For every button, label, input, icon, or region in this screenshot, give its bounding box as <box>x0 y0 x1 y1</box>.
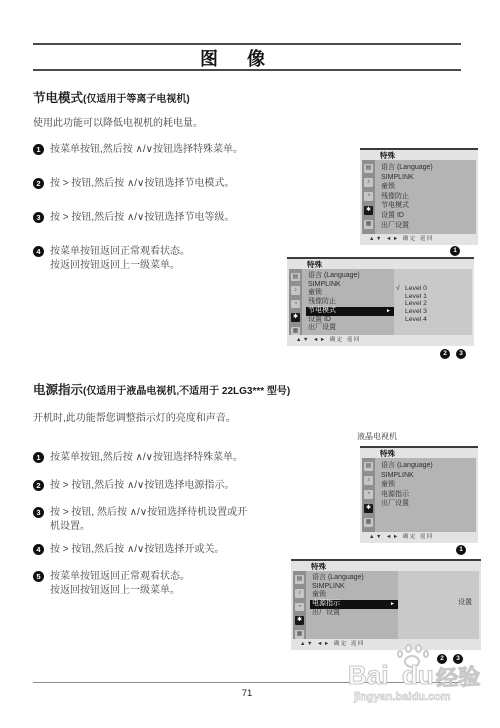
osd-menu-item: 出厂设置 <box>379 499 476 509</box>
instruction-step: 1按菜单按钮,然后按 ∧/∨按钮选择特殊菜单。 <box>33 143 243 157</box>
osd-menu-item: 出厂设置 <box>310 609 398 618</box>
instruction-step: 4按菜单按钮返回正常观看状态。按返回按钮返回上一级菜单。 <box>33 245 190 273</box>
osd-menu-title: 特殊 <box>287 257 474 269</box>
osd-menu-item: 童锁 <box>379 480 476 490</box>
step-badge: 3 <box>456 349 466 359</box>
osd-option: Level 1 <box>394 293 472 301</box>
osd-category-sidebar: ▤♪◔✱▦ <box>362 458 375 532</box>
check-icon: √ <box>396 285 400 293</box>
picture-icon: ▤ <box>364 462 373 471</box>
step-text: 按菜单按钮,然后按 ∧/∨按钮选择特殊菜单。 <box>50 143 243 157</box>
section2-intro: 开机时,此功能帮您调整指示灯的亮度和声音。 <box>33 409 236 424</box>
osd-menu-item: 语言 (Language) <box>379 461 476 471</box>
screen-icon: ▦ <box>291 327 300 335</box>
arrow-right-icon: ► <box>390 600 395 609</box>
osd-menu-title: 特殊 <box>291 559 481 571</box>
device-type-label: 液晶电视机 <box>357 431 397 442</box>
section2-note: (仅适用于液晶电视机,不适用于 22LG3*** 型号) <box>83 386 290 397</box>
option-icon: ✱ <box>295 616 304 625</box>
instruction-step: 4按 > 按钮,然后按 ∧/∨按钮选择开或关。 <box>33 543 224 557</box>
osd-footer-hint: ▲▼ ◄► 确定 返回 <box>360 532 478 543</box>
watermark-du: du <box>402 660 434 691</box>
step-badge: 1 <box>450 246 460 256</box>
osd-menu-item: 节电模式► <box>306 307 394 316</box>
step-badge: 2 <box>440 349 450 359</box>
audio-icon: ♪ <box>364 476 373 485</box>
baidu-jingyan-watermark: Bai du 经验 jingyan.baidu.com <box>338 642 496 708</box>
osd-option: Level 3 <box>394 308 472 316</box>
manual-page: { "header": { "title_1": "图", "title_2":… <box>0 0 500 728</box>
header-rule-bottom <box>33 69 461 71</box>
screen-icon: ▦ <box>364 518 373 527</box>
screen-icon: ▦ <box>364 220 373 229</box>
osd-menu-item: 残像防止 <box>379 192 476 202</box>
osd-menu-item: 出厂设置 <box>379 221 476 231</box>
watermark-bai: Bai <box>348 660 388 691</box>
osd-menu-item: 语言 (Language) <box>310 574 398 583</box>
osd-menu-item: 出厂设置 <box>306 324 394 333</box>
step-number-badge: 3 <box>33 507 44 518</box>
step-text: 按 > 按钮,然后按 ∧/∨按钮选择开或关。 <box>50 543 224 557</box>
osd-menu-item: 语言 (Language) <box>306 272 394 281</box>
audio-icon: ♪ <box>364 178 373 187</box>
watermark-jingyan: 经验 <box>435 660 481 693</box>
page-title: 图 像 <box>33 45 433 71</box>
osd-category-sidebar: ▤♪◔✱▦ <box>293 571 306 639</box>
option-icon: ✱ <box>291 313 300 321</box>
osd-menu-special-lcd: 特殊 ▤♪◔✱▦ 语言 (Language)SIMPLINK童锁电源指示出厂设置… <box>360 446 478 543</box>
step-text: 按菜单按钮返回正常观看状态。按返回按钮返回上一级菜单。 <box>50 570 190 598</box>
instruction-step: 2按 > 按钮,然后按 ∧/∨按钮选择节电模式。 <box>33 177 234 191</box>
picture-icon: ▤ <box>364 164 373 173</box>
step-text: 按 > 按钮,然后按 ∧/∨按钮选择电源指示。 <box>50 479 234 493</box>
option-icon: ✱ <box>364 504 373 513</box>
osd-footer-hint: ▲▼ ◄► 确定 返回 <box>360 234 478 245</box>
osd-menu-item: 童锁 <box>306 289 394 298</box>
osd-submenu-value: 设置 <box>398 571 479 639</box>
osd-category-sidebar: ▤♪◔✱▦ <box>289 269 302 335</box>
section-heading-power-indicator: 电源指示(仅适用于液晶电视机,不适用于 22LG3*** 型号) <box>33 380 290 398</box>
osd-menu-title: 特殊 <box>360 148 478 160</box>
section2-title: 电源指示 <box>33 383 83 397</box>
step-badge: 1 <box>456 545 466 555</box>
osd-menu-title: 特殊 <box>360 446 478 458</box>
osd-menu-item: SIMPLINK <box>379 471 476 481</box>
instruction-step: 1按菜单按钮,然后按 ∧/∨按钮选择特殊菜单。 <box>33 451 243 465</box>
step-number-badge: 3 <box>33 212 44 223</box>
osd-menu-item: 设置 ID <box>306 316 394 325</box>
osd-option: √Level 0 <box>394 285 472 293</box>
osd-menu-special: 特殊 ▤♪◔✱▦ 语言 (Language)SIMPLINK童锁残像防止节电模式… <box>360 148 478 245</box>
section1-intro: 使用此功能可以降低电视机的耗电量。 <box>33 114 203 129</box>
section-heading-power-save: 节电模式(仅适用于等离子电视机) <box>33 88 190 106</box>
picture-icon: ▤ <box>295 575 304 584</box>
osd-menu-item: 残像防止 <box>306 298 394 307</box>
osd-menu-special-lcd-expanded: 特殊 ▤♪◔✱▦ 语言 (Language)SIMPLINK童锁电源指示►出厂设… <box>291 559 481 650</box>
osd-menu-item: 童锁 <box>379 182 476 192</box>
time-icon: ◔ <box>295 603 304 612</box>
step-number-badge: 4 <box>33 246 44 257</box>
osd-value: 设置 <box>458 597 479 607</box>
step-number-badge: 4 <box>33 544 44 555</box>
option-icon: ✱ <box>364 206 373 215</box>
instruction-step: 3按 > 按钮, 然后按 ∧/∨按钮选择待机设置或开机设置。 <box>33 506 247 534</box>
audio-icon: ♪ <box>295 589 304 598</box>
page-title-char-1: 图 <box>200 45 219 71</box>
osd-submenu-levels: √Level 0Level 1Level 2Level 3Level 4 <box>394 269 472 335</box>
step-text: 按 > 按钮, 然后按 ∧/∨按钮选择待机设置或开机设置。 <box>50 506 247 534</box>
osd-option: Level 2 <box>394 300 472 308</box>
step-number-badge: 2 <box>33 480 44 491</box>
step-number-badge: 5 <box>33 571 44 582</box>
arrow-right-icon: ► <box>386 307 391 316</box>
audio-icon: ♪ <box>291 286 300 294</box>
osd-category-sidebar: ▤♪◔✱▦ <box>362 160 375 234</box>
osd-menu-item: 童锁 <box>310 591 398 600</box>
time-icon: ◔ <box>291 300 300 308</box>
osd-menu-item: SIMPLINK <box>379 173 476 183</box>
osd-menu-item: 设置 ID <box>379 211 476 221</box>
section1-note: (仅适用于等离子电视机) <box>83 94 190 105</box>
picture-icon: ▤ <box>291 273 300 281</box>
step-text: 按菜单按钮返回正常观看状态。按返回按钮返回上一级菜单。 <box>50 245 190 273</box>
step-text: 按 > 按钮,然后按 ∧/∨按钮选择节电等级。 <box>50 211 234 225</box>
section1-title: 节电模式 <box>33 91 83 105</box>
step-number-badge: 1 <box>33 144 44 155</box>
instruction-step: 2按 > 按钮,然后按 ∧/∨按钮选择电源指示。 <box>33 479 234 493</box>
watermark-url: jingyan.baidu.com <box>354 691 451 703</box>
osd-item-list: 语言 (Language)SIMPLINK童锁电源指示出厂设置 <box>375 458 476 532</box>
step-number-badge: 1 <box>33 452 44 463</box>
instruction-step: 3按 > 按钮,然后按 ∧/∨按钮选择节电等级。 <box>33 211 234 225</box>
osd-footer-hint: ▲▼ ◄► 确定 返回 <box>287 335 474 346</box>
osd-menu-special-expanded: 特殊 ▤♪◔✱▦ 语言 (Language)SIMPLINK童锁残像防止节电模式… <box>287 257 474 346</box>
osd-option: Level 4 <box>394 316 472 324</box>
time-icon: ◔ <box>364 192 373 201</box>
osd-item-list: 语言 (Language)SIMPLINK童锁电源指示►出厂设置 <box>306 571 398 639</box>
page-title-char-2: 像 <box>247 45 266 71</box>
time-icon: ◔ <box>364 490 373 499</box>
osd-menu-item: 电源指示► <box>310 600 398 609</box>
osd-menu-item: 节电模式 <box>379 201 476 211</box>
osd-item-list: 语言 (Language)SIMPLINK童锁残像防止节电模式►设置 ID出厂设… <box>302 269 394 335</box>
osd-item-list: 语言 (Language)SIMPLINK童锁残像防止节电模式设置 ID出厂设置 <box>375 160 476 234</box>
screen-icon: ▦ <box>295 630 304 639</box>
osd-menu-item: 电源指示 <box>379 490 476 500</box>
osd-menu-item: 语言 (Language) <box>379 163 476 173</box>
instruction-step: 5按菜单按钮返回正常观看状态。按返回按钮返回上一级菜单。 <box>33 570 190 598</box>
step-text: 按 > 按钮,然后按 ∧/∨按钮选择节电模式。 <box>50 177 234 191</box>
step-text: 按菜单按钮,然后按 ∧/∨按钮选择特殊菜单。 <box>50 451 243 465</box>
step-number-badge: 2 <box>33 178 44 189</box>
